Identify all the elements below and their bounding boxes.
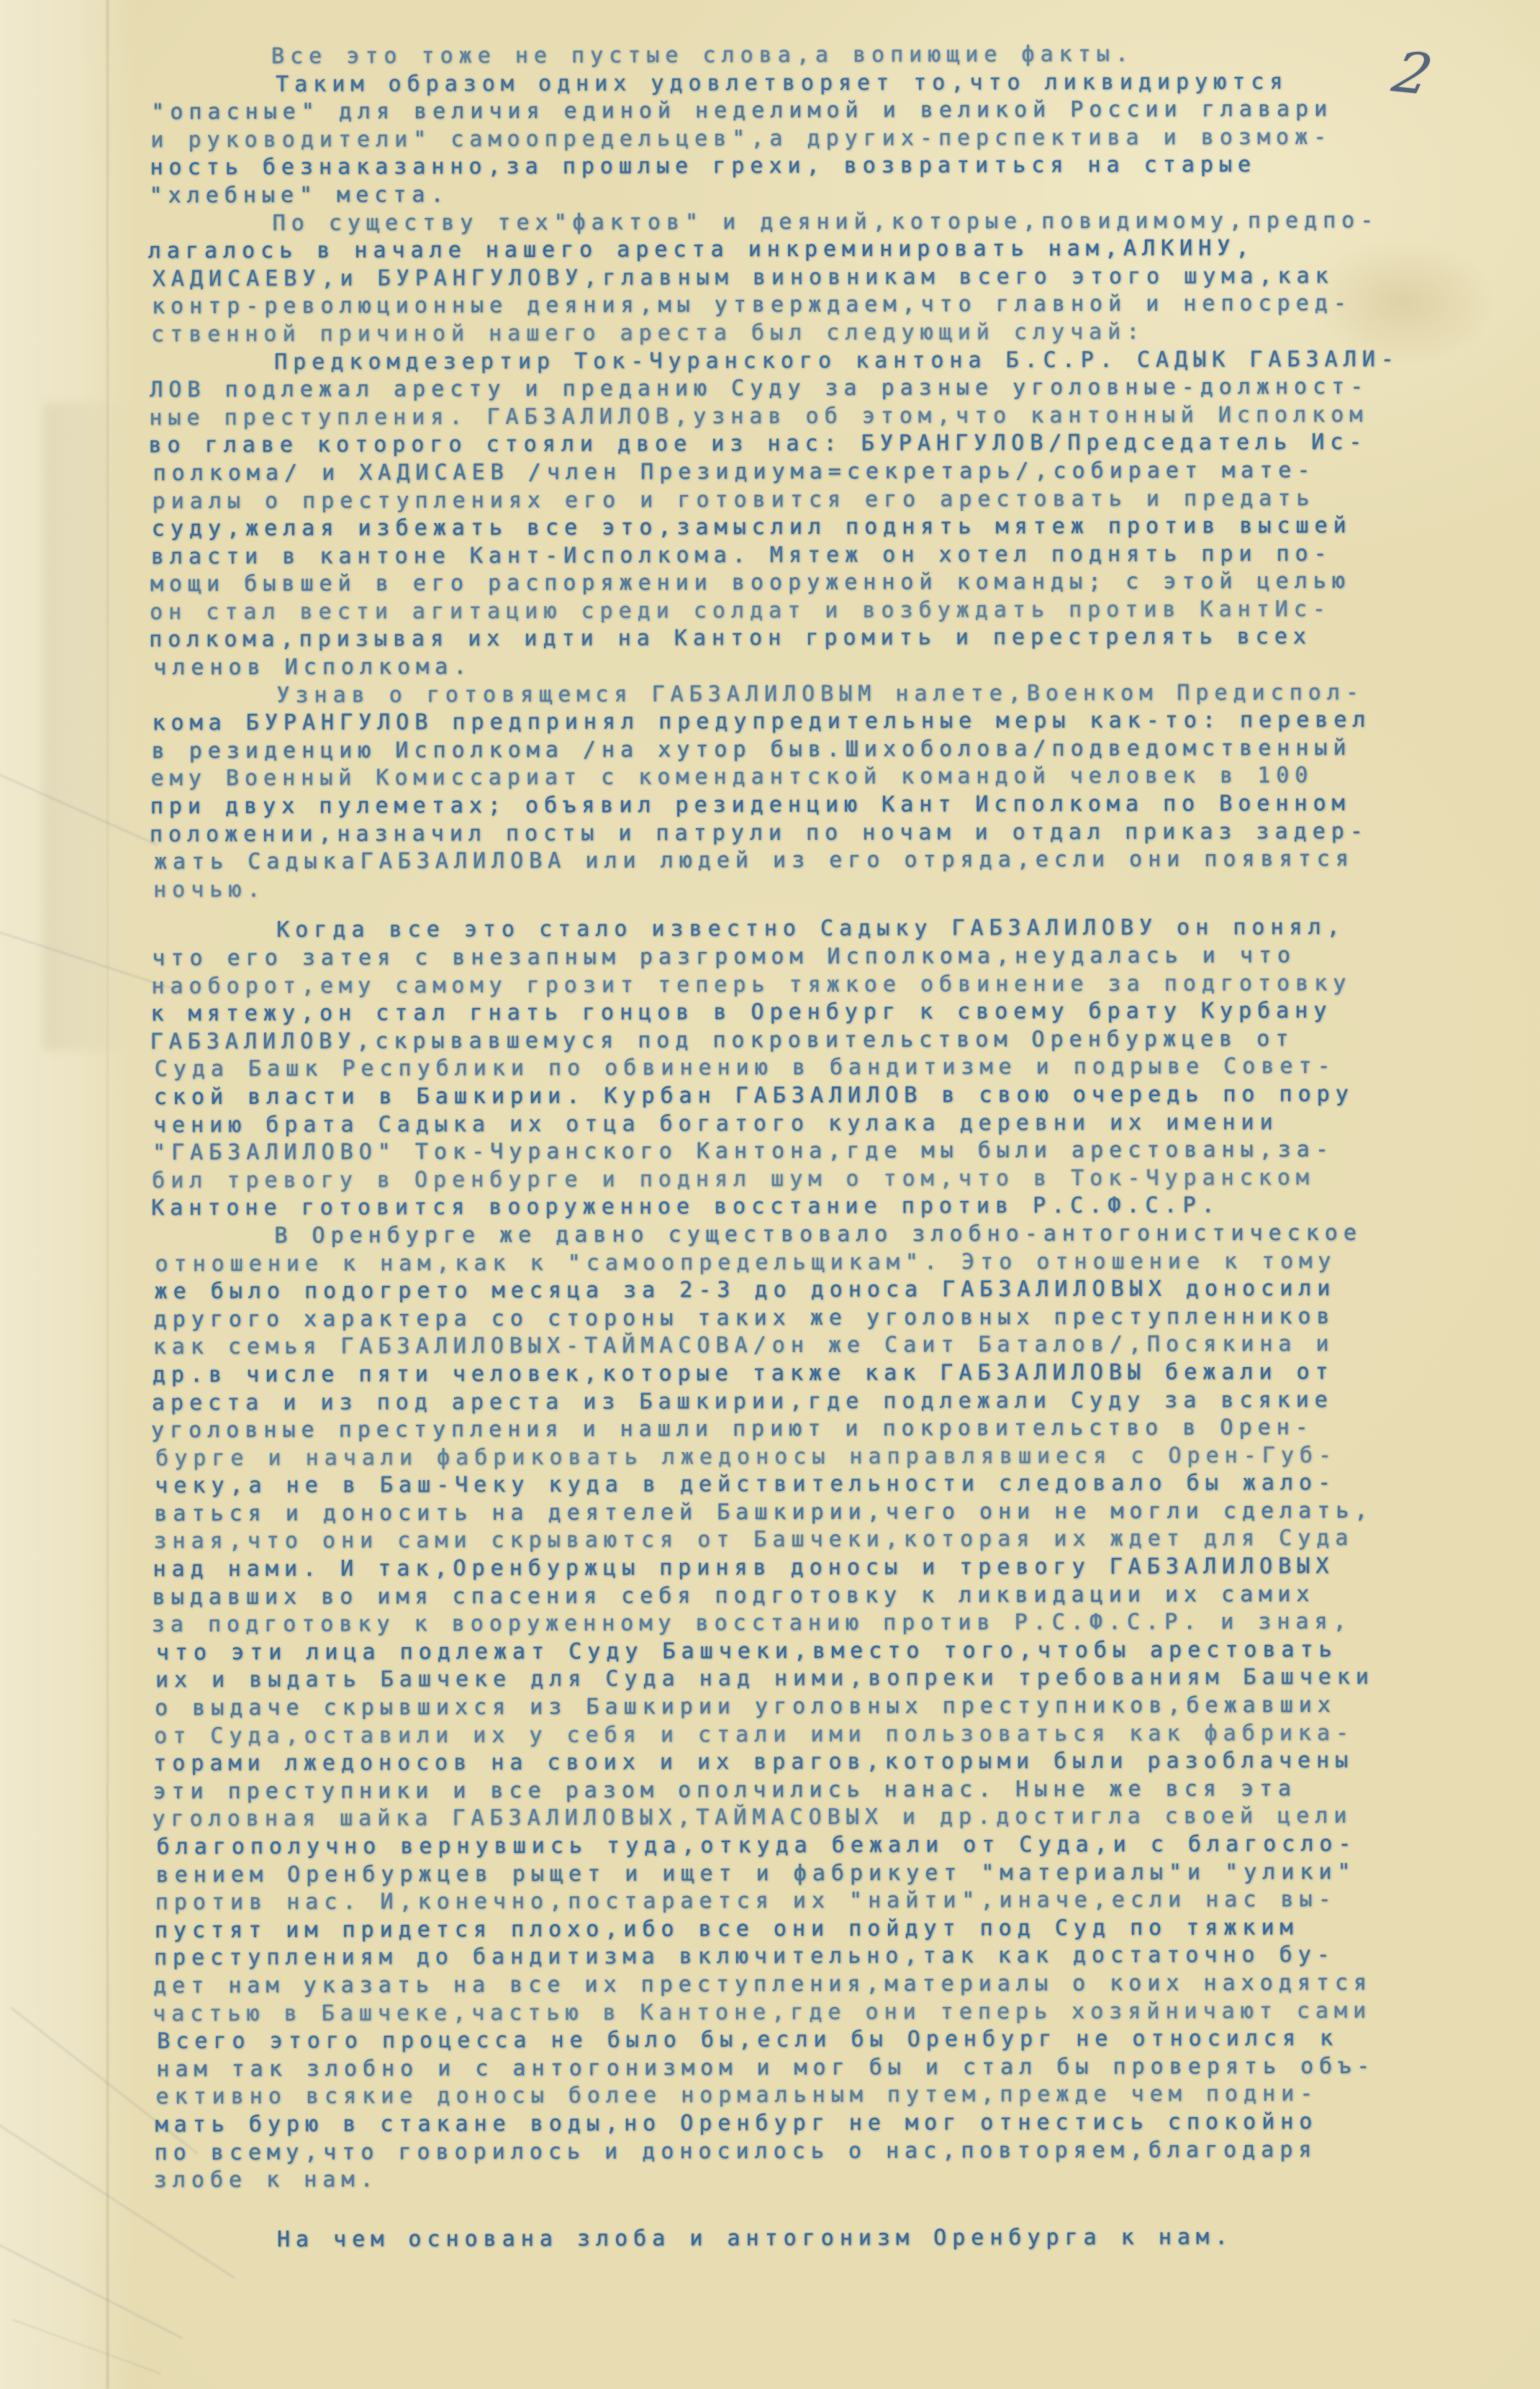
document-line: эти преступники и все разом ополчились н…: [153, 1774, 1441, 1805]
document-line: суду,желая избежать все это,замыслил под…: [152, 512, 1440, 543]
document-line: против нас. И,конечно,постарается их "на…: [155, 1886, 1444, 1917]
document-line: что эти лица подлежат Суду Башчеки,вмест…: [156, 1636, 1444, 1667]
document-line: уголовная шайка ГАБЗАЛИЛОВЫХ,ТАЙМАСОВЫХ …: [152, 1803, 1440, 1833]
document-line: вением Оренбуржцев рыщет и ищет и фабрик…: [156, 1858, 1444, 1889]
document-line: др.в числе пяти человек,которые также ка…: [153, 1359, 1441, 1390]
document-line: власти в кантоне Кант-Исполкома. Мятеж о…: [151, 540, 1439, 571]
document-line: Кантоне готовится вооруженное восстание …: [151, 1192, 1439, 1223]
document-line: бурге и начали фабриковать лжедоносы нап…: [155, 1441, 1444, 1472]
document-line: положении,назначил посты и патрули по но…: [150, 817, 1438, 848]
document-line: ные преступления. ГАБЗАЛИЛОВ,узнав об эт…: [149, 401, 1437, 432]
document-line: ГАБЗАЛИЛОВУ,скрывавшемуся под покровител…: [150, 1025, 1439, 1056]
document-line: ночью.: [153, 873, 1441, 904]
document-line: и руководители" самоопредельцев",а други…: [150, 123, 1439, 154]
paragraph: Узнав о готовящемся ГАБЗАЛИЛОВЫМ налете,…: [151, 679, 1440, 904]
document-line: за подготовку к вооруженному восстанию п…: [152, 1608, 1440, 1639]
paper-edge: [0, 0, 137, 2389]
document-line: ему Военный Комиссариат с комендантской …: [151, 762, 1439, 793]
document-line: нам так злобно и с антогонизмом и мог бы…: [156, 2052, 1444, 2083]
document-line: Всего этого процесса не было бы,если бы …: [157, 2025, 1445, 2056]
document-line: к мятежу,он стал гнать гонцов в Оренбург…: [150, 997, 1439, 1028]
paper-stain: [43, 403, 130, 1051]
document-line: "опасные" для величия единой неделимой и…: [151, 96, 1439, 127]
document-line: от Суда,оставили их у себя и стали ими п…: [154, 1719, 1442, 1750]
document-line: пустят им придется плохо,ибо все они пой…: [155, 1913, 1443, 1944]
document-page: 2 Все это тоже не пустые слова,а вопиющи…: [0, 0, 1540, 2389]
document-line: Узнав о готовящемся ГАБЗАЛИЛОВЫМ налете,…: [153, 679, 1441, 710]
document-line: при двух пулеметах; объявил резиденцию К…: [150, 790, 1439, 821]
document-line: над нами. И так,Оренбуржцы приняв доносы…: [153, 1553, 1441, 1584]
document-line: что его затея с внезапным разгромом Испо…: [152, 942, 1440, 973]
document-line: лагалось в начале нашего ареста инкремин…: [148, 235, 1436, 266]
document-line: полкома/ и ХАДИСАЕВ /член Президиума=сек…: [153, 457, 1441, 488]
document-line: жать СадыкаГАБЗАЛИЛОВА или людей из его …: [154, 846, 1442, 876]
paragraph: В Оренбурге же давно существовало злобно…: [153, 1220, 1444, 2195]
document-line: ность безнаказанно,за прошлые грехи, воз…: [150, 151, 1438, 182]
document-line: благополучно вернувшись туда,откуда бежа…: [156, 1831, 1444, 1862]
document-line: отношение к нам,как к "самоопредельщикам…: [155, 1247, 1443, 1278]
document-line: уголовные преступления и нашли приют и п…: [151, 1414, 1439, 1445]
document-line: злобе к нам.: [154, 2164, 1442, 2195]
document-line: выдавших во имя спасения себя подготовку…: [153, 1580, 1441, 1611]
document-line: ской власти в Башкирии. Курбан ГАБЗАЛИЛО…: [154, 1081, 1442, 1112]
document-line: другого характера со стороны таких же уг…: [154, 1302, 1442, 1333]
document-line: Предкомдезертир Ток-Чуранского кантона Б…: [150, 345, 1439, 376]
document-line: ЛОВ подлежал аресту и преданию Суду за р…: [150, 373, 1438, 404]
document-line: их и выдать Башчеке для Суда над ними,во…: [155, 1664, 1444, 1695]
document-line: наоборот,ему самому грозит теперь тяжкое…: [151, 969, 1439, 1000]
document-line: ареста и из под ареста из Башкирии,где п…: [152, 1386, 1440, 1417]
paragraph: Все это тоже не пустые слова,а вопиющие …: [150, 40, 1438, 71]
document-line: дет нам указать на все их преступления,м…: [153, 1969, 1441, 2000]
document-line: во главе которого стояли двое из нас: БУ…: [148, 429, 1436, 460]
paragraph: Таким образом одних удовлетворяет то,что…: [150, 68, 1438, 210]
document-line: полкома,призывая их идти на Кантон громи…: [149, 623, 1437, 654]
document-line: ственной причиной нашего ареста был след…: [151, 318, 1439, 349]
document-line: чеку,а не в Баш-Чеку куда в действительн…: [155, 1469, 1443, 1500]
document-line: Все это тоже не пустые слова,а вопиющие …: [148, 40, 1436, 71]
document-line: ваться и доносить на деятелей Башкирии,ч…: [154, 1497, 1442, 1528]
document-line: членов Исполкома.: [153, 651, 1441, 682]
document-line: "хлебные" места.: [149, 179, 1437, 210]
document-line: мать бурю в стакане воды,но Оренбург не …: [155, 2108, 1444, 2139]
document-line: частью в Башчеке,частью в Кантоне,где он…: [153, 1997, 1441, 2028]
document-line: На чем основана злоба и антогонизм Оренб…: [153, 2223, 1441, 2254]
paragraph: Когда все это стало известно Садыку ГАБЗ…: [152, 914, 1441, 1223]
document-line: зная,что они сами скрываются от Башчеки,…: [153, 1525, 1441, 1556]
document-line: он стал вести агитацию среди солдат и во…: [150, 596, 1438, 627]
document-line: В Оренбурге же давно существовало злобно…: [150, 1220, 1439, 1251]
document-line: бил тревогу в Оренбурге и поднял шум о т…: [152, 1164, 1440, 1194]
paragraph: Предкомдезертир Ток-Чуранского кантона Б…: [150, 345, 1439, 682]
document-line: контр-революционные деяния,мы утверждаем…: [152, 290, 1440, 321]
document-line: По существу тех"фактов" и деяний,которые…: [149, 207, 1437, 237]
document-line: преступлениям до бандитизма включительно…: [154, 1941, 1442, 1972]
document-line: Таким образом одних удовлетворяет то,что…: [152, 68, 1440, 99]
document-line: как семья ГАБЗАЛИЛОВЫХ-ТАЙМАСОВА/он же С…: [153, 1331, 1441, 1361]
document-line: ективно всякие доносы более нормальным п…: [155, 2080, 1444, 2111]
document-line: чению брата Садыка их отца богатого кула…: [153, 1108, 1441, 1139]
document-line: торами лжедоносов на своих и их врагов,к…: [153, 1747, 1441, 1778]
document-line: Когда все это стало известно Садыку ГАБЗ…: [153, 914, 1441, 945]
document-line: Суда Башк Республики по обвинению в банд…: [155, 1053, 1443, 1084]
document-line: "ГАБЗАЛИЛОВО" Ток-Чуранского Кантона,где…: [153, 1136, 1441, 1167]
typewritten-text: Все это тоже не пустые слова,а вопиющие …: [150, 40, 1444, 2254]
document-line: по всему,что говорилось и доносилось о н…: [155, 2136, 1443, 2167]
document-line: о выдаче скрывшихся из Башкирии уголовны…: [155, 1692, 1443, 1723]
document-line: мощи бывшей в его распоряжении вооруженн…: [150, 568, 1439, 599]
paragraph: По существу тех"фактов" и деяний,которые…: [150, 207, 1439, 349]
document-line: ХАДИСАЕВУ,и БУРАНГУЛОВУ,главным виновник…: [153, 262, 1441, 293]
document-line: риалы о преступлениях его и готовится ег…: [153, 484, 1441, 515]
document-line: в резиденцию Исполкома /на хутор быв.Ших…: [152, 735, 1440, 766]
document-line: же было подогрето месяца за 2-3 до донос…: [154, 1275, 1442, 1306]
document-line: кома БУРАНГУЛОВ предпринял предупредител…: [152, 707, 1440, 738]
paragraph: На чем основана злоба и антогонизм Оренб…: [155, 2223, 1444, 2254]
paper-fold-line: [107, 0, 109, 2389]
